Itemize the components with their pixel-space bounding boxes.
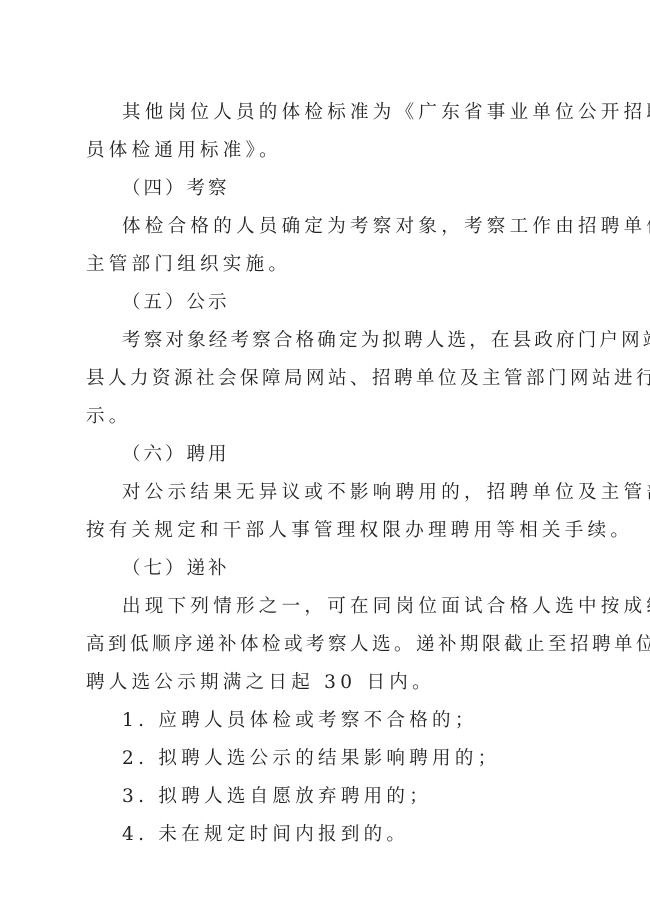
paragraph-line: 县人力资源社会保障局网站、招聘单位及主管部门网站进行公 [86, 367, 568, 391]
paragraph-line: 体检合格的人员确定为考察对象，考察工作由招聘单位及 [122, 215, 604, 239]
list-item: 1. 应聘人员体检或考察不合格的； [122, 709, 604, 733]
paragraph-line: 高到低顺序递补体检或考察人选。递补期限截止至招聘单位拟 [86, 633, 568, 657]
paragraph-line: 示。 [86, 405, 568, 429]
paragraph-line: 对公示结果无异议或不影响聘用的，招聘单位及主管部门 [122, 481, 604, 505]
subsection-heading: （四）考察 [122, 177, 604, 201]
paragraph-line: 主管部门组织实施。 [86, 253, 568, 277]
subsection-heading: （七）递补 [122, 557, 604, 581]
list-item: 4. 未在规定时间内报到的。 [122, 823, 604, 847]
list-item: 2. 拟聘人选公示的结果影响聘用的； [122, 747, 604, 771]
document-page: 其他岗位人员的体检标准为《广东省事业单位公开招聘人 员体检通用标准》。 （四）考… [0, 0, 650, 919]
paragraph-line: 聘人选公示期满之日起 30 日内。 [86, 671, 568, 695]
subsection-heading: （五）公示 [122, 291, 604, 315]
paragraph-line: 其他岗位人员的体检标准为《广东省事业单位公开招聘人 [122, 101, 604, 125]
paragraph-line: 按有关规定和干部人事管理权限办理聘用等相关手续。 [86, 519, 568, 543]
paragraph-line: 考察对象经考察合格确定为拟聘人选，在县政府门户网站、 [122, 329, 604, 353]
subsection-heading: （六）聘用 [122, 443, 604, 467]
paragraph-line: 出现下列情形之一，可在同岗位面试合格人选中按成绩从 [122, 595, 604, 619]
list-item: 3. 拟聘人选自愿放弃聘用的； [122, 785, 604, 809]
paragraph-line: 员体检通用标准》。 [86, 139, 568, 163]
